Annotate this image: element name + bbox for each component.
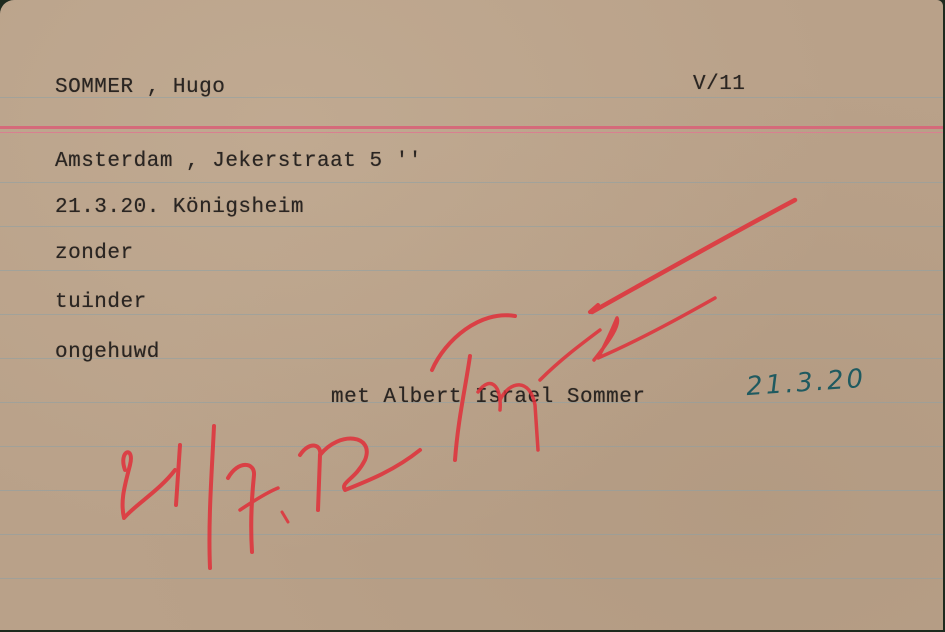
relation-line: met Albert Israel Sommer — [331, 386, 645, 409]
ruled-line — [0, 314, 943, 315]
file-code: V/11 — [693, 73, 745, 96]
occupation-line: tuinder — [55, 291, 147, 314]
ruled-line — [0, 226, 943, 227]
birth-line: 21.3.20. Königsheim — [55, 196, 304, 219]
red-header-rule-thin — [0, 132, 943, 133]
ruled-line — [0, 270, 943, 271]
ruled-line — [0, 578, 943, 579]
ruled-line — [0, 490, 943, 491]
address-line: Amsterdam , Jekerstraat 5 '' — [55, 150, 422, 173]
ruled-line — [0, 446, 943, 447]
red-header-rule — [0, 126, 943, 129]
ruled-line — [0, 182, 943, 183]
ruled-line — [0, 534, 943, 535]
religion-line: zonder — [55, 242, 134, 265]
archive-index-card: SOMMER , Hugo V/11 Amsterdam , Jekerstra… — [0, 0, 943, 630]
marital-status-line: ongehuwd — [55, 341, 160, 364]
person-name: SOMMER , Hugo — [55, 76, 225, 99]
handwritten-date-blue: 21.3.20 — [745, 364, 867, 402]
